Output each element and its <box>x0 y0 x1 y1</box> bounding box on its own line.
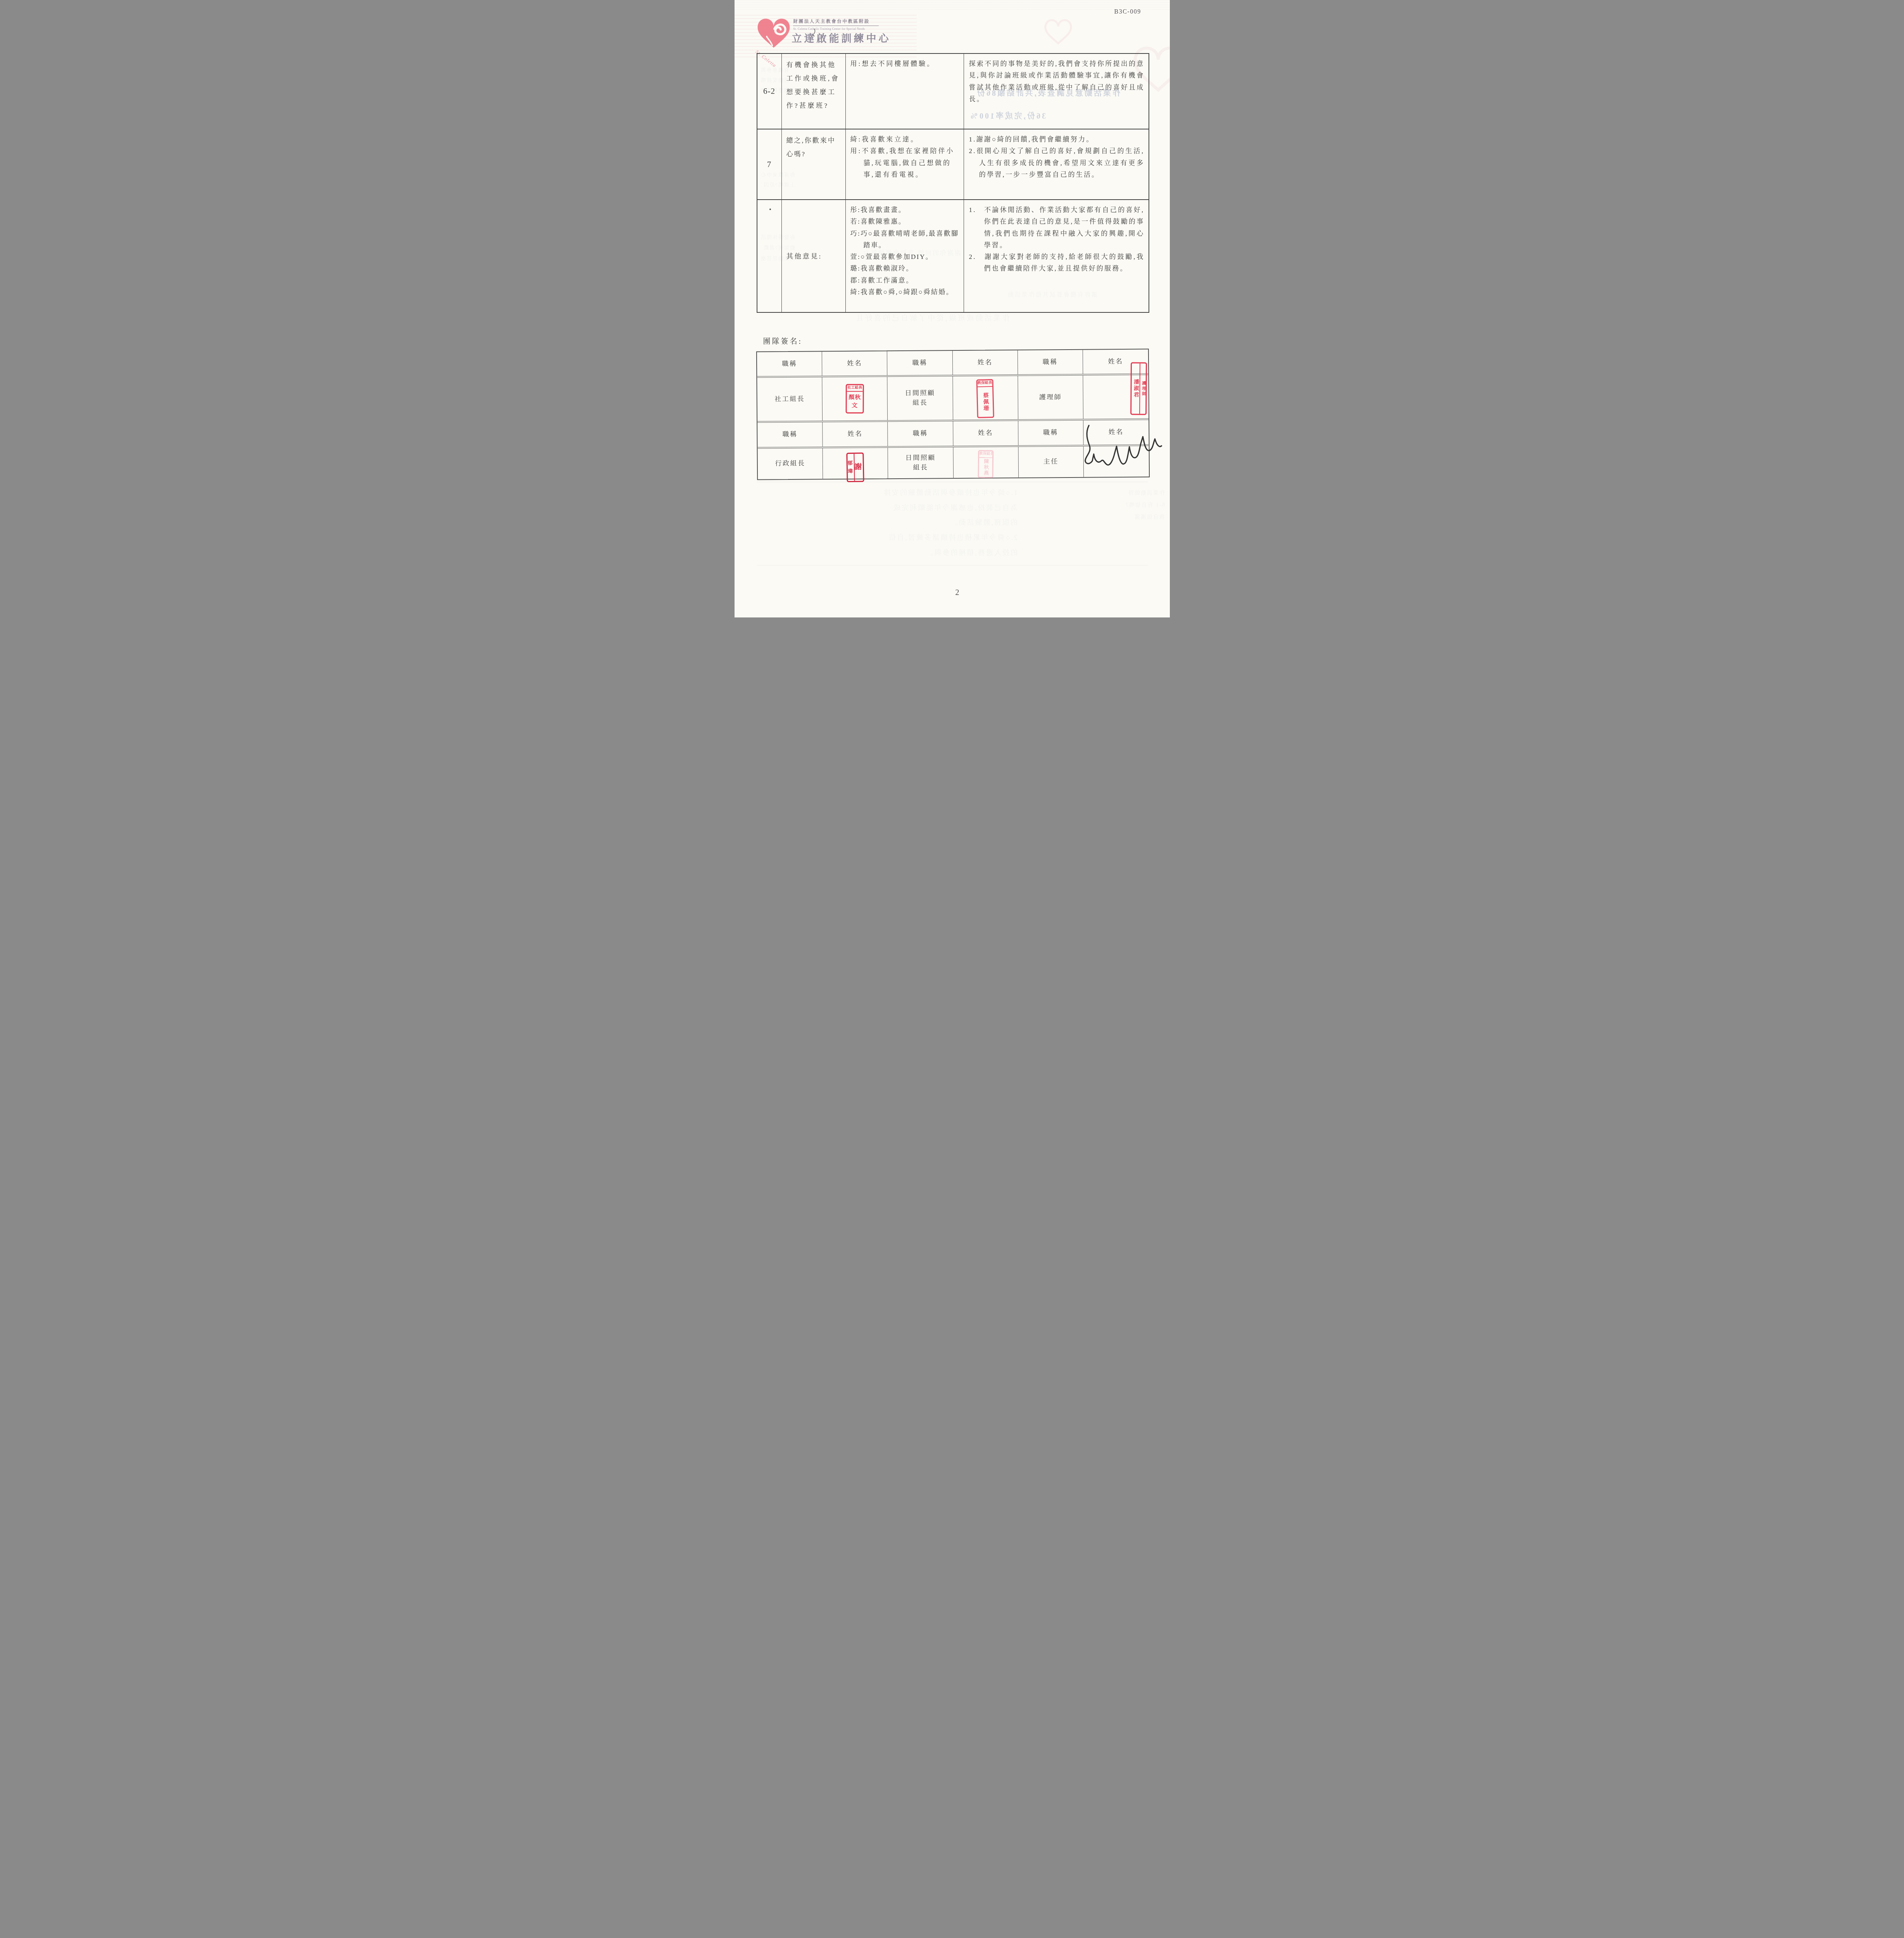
response-line: 綺:我喜歡來立達。 <box>850 134 961 145</box>
column-header: 職稱 <box>887 351 953 375</box>
question-cell: 有機會換其他工作或換班,會想要換甚麼工作?甚麼班? <box>782 54 846 129</box>
feedback-item: 2.很開心用文了解自己的喜好,會規劃自己的生活,人生有很多成長的機會,希望用文來… <box>969 145 1145 181</box>
signature-table: 職稱 姓名 職稱 姓名 職稱 姓名 社工組長 社工組長 顏秋文 日間照顧 組長 <box>756 348 1149 480</box>
response-line: 綺:我喜歡○舜,○綺跟○舜結婚。 <box>850 286 961 298</box>
signature-header-row: 職稱 姓名 職稱 姓名 職稱 姓名 <box>757 349 1148 378</box>
name-stamp: 潘淑君 護理師 <box>1130 362 1147 415</box>
pen-mark <box>812 28 816 37</box>
job-title-cell: 日間照顧 組長 <box>888 447 953 478</box>
stamp-role: 教保組長 <box>979 451 992 458</box>
stamp-name-char: 郁 <box>847 459 854 467</box>
stamp-surname: 謝 <box>853 453 863 481</box>
column-header: 職稱 <box>1018 350 1083 374</box>
feedback-cell: 1.謝謝○綺的回饋,我們會繼續努力。 2.很開心用文了解自己的喜好,會規劃自己的… <box>964 129 1149 199</box>
response-cell: 用:想去不同樓層體驗。 <box>846 54 964 129</box>
column-header: 職稱 <box>757 422 823 447</box>
bleedthrough-line <box>757 565 1148 566</box>
document-code: B3C-009 <box>1114 9 1141 16</box>
name-stamp: 教保組長 蔡佩珊 <box>976 379 994 418</box>
job-title-cell: 主任 <box>1018 447 1084 478</box>
stamp-name: 顏秋文 <box>847 392 862 412</box>
name-stamp-cell: 社工組長 顏秋文 <box>822 377 888 421</box>
response-line: 若:喜歡陳雅惠。 <box>850 216 961 228</box>
stamp-role: 教保組長 <box>977 380 992 387</box>
column-header: 姓名 <box>952 350 1018 375</box>
feedback-item: 1. 不論休閒活動、作業活動大家都有自己的喜好,你們在此表達自己的意見,是一件值… <box>969 204 1145 251</box>
job-title-cell: 護理師 <box>1018 376 1083 419</box>
name-stamp-cell: 潘淑君 護理師 <box>1083 375 1149 419</box>
scanned-document-page: B3C-009 St. Coletta 財團法人天主教會台中教區附設 St. C… <box>735 0 1170 617</box>
row-number-cell: 7 <box>757 129 782 199</box>
table-row: 7 總之,你歡來中心嗎? 綺:我喜歡來立達。 用:不喜歡,我想在家裡陪伴小貓,玩… <box>757 129 1149 200</box>
response-line: 萱:○萱最喜歡參加DIY。 <box>850 251 961 263</box>
response-cell: 彤:我喜歡畫畫。 若:喜歡陳雅惠。 巧:巧○最喜歡晴晴老師,最喜歡腳踏車。 萱:… <box>846 200 964 312</box>
name-stamp-cell: 教保組長 陳秋燕 <box>953 447 1019 478</box>
question-cell: 總之,你歡來中心嗎? <box>782 129 846 199</box>
stamp-name: 潘淑君 <box>1131 364 1140 414</box>
signature-section-heading: 團隊簽名: <box>763 336 802 346</box>
job-title-line: 日間照顧 <box>905 453 935 463</box>
question-cell: 其他意見: <box>782 200 846 312</box>
job-title-line: 組長 <box>905 398 935 408</box>
signature-row: 社工組長 社工組長 顏秋文 日間照顧 組長 教保組長 蔡佩珊 護理師 <box>757 375 1149 422</box>
column-header: 姓名 <box>953 421 1018 446</box>
response-line: 巧:巧○最喜歡晴晴老師,最喜歡腳踏車。 <box>850 228 961 252</box>
job-title-cell: 日間照顧 組長 <box>887 376 953 420</box>
name-stamp: 郁 瑋 謝 <box>846 452 864 482</box>
column-header: 職稱 <box>757 352 822 376</box>
faint-name-stamp: 教保組長 陳秋燕 <box>978 450 993 478</box>
feedback-cell: 1. 不論休閒活動、作業活動大家都有自己的喜好,你們在此表達自己的意見,是一件值… <box>964 200 1149 312</box>
stamp-role: 社工組長 <box>847 385 863 392</box>
feedback-table: 6-2 有機會換其他工作或換班,會想要換甚麼工作?甚麼班? 用:想去不同樓層體驗… <box>757 53 1149 313</box>
column-header: 職稱 <box>1018 421 1083 445</box>
response-cell: 綺:我喜歡來立達。 用:不喜歡,我想在家裡陪伴小貓,玩電腦,做自己想做的事,還有… <box>846 129 964 199</box>
response-line: 用:不喜歡,我想在家裡陪伴小貓,玩電腦,做自己想做的事,還有看電視。 <box>850 145 961 181</box>
response-line: 彤:我喜歡畫畫。 <box>850 204 961 216</box>
org-name: 財團法人天主教會台中教區附設 <box>793 18 870 24</box>
signature-row: 行政組長 郁 瑋 謝 日間照顧 組長 教保組長 <box>757 446 1149 479</box>
bleedthrough-text: 36份,完成率100% <box>969 110 1046 124</box>
job-title-cell: 社工組長 <box>757 377 823 421</box>
name-stamp-cell: 郁 瑋 謝 <box>823 448 888 479</box>
dot-mark <box>769 209 771 210</box>
column-header: 姓名 <box>823 422 888 447</box>
row-number-cell <box>757 200 782 312</box>
stamp-role: 護理師 <box>1139 364 1147 414</box>
scan-noise-top <box>735 0 1170 10</box>
handwritten-signature-cell <box>1083 446 1149 477</box>
bleedthrough-line <box>757 482 1148 482</box>
column-header: 職稱 <box>888 421 953 446</box>
name-stamp-cell: 教保組長 蔡佩珊 <box>952 376 1018 420</box>
stamp-name-char: 瑋 <box>847 467 854 476</box>
job-title-line: 日間照顧 <box>905 389 935 398</box>
center-name: 立達啟能訓練中心 <box>792 31 891 45</box>
feedback-cell: 探索不同的事物是美好的,我們會支持你所提出的意見,與你討論班級或作業活動體驗事宜… <box>964 54 1149 129</box>
response-line: 用:想去不同樓層體驗。 <box>850 58 961 70</box>
heart-logo-icon <box>756 16 791 52</box>
stamp-name: 蔡佩珊 <box>978 387 993 417</box>
org-name-english: St. Coletta Catholic Training Center for… <box>793 27 865 31</box>
feedback-item: 1.謝謝○綺的回饋,我們會繼續努力。 <box>969 134 1145 145</box>
name-stamp: 社工組長 顏秋文 <box>845 384 864 414</box>
ghost-heart-icon <box>1043 18 1073 46</box>
page-number: 2 <box>735 588 1170 597</box>
response-line: 璐:我喜歡賴淑玲。 <box>850 263 961 274</box>
response-line: 郡:喜歡工作滿意。 <box>850 275 961 286</box>
director-signature <box>1078 422 1162 478</box>
table-row: 6-2 有機會換其他工作或換班,會想要換甚麼工作?甚麼班? 用:想去不同樓層體驗… <box>757 54 1149 129</box>
job-title-line: 組長 <box>905 463 935 472</box>
org-underline <box>793 26 879 26</box>
bleedthrough-text: 1.○綺今年也持續參與活動體驗的安排 為自己裝扮,也感謝今年能順利完成 的服務,… <box>762 485 1018 560</box>
stamp-name: 陳秋燕 <box>979 458 992 477</box>
feedback-item: 2. 謝謝大家對老師的支持,給老師很大的鼓勵,我們也會繼續陪伴大家,並且提供好的… <box>969 251 1145 275</box>
column-header: 姓名 <box>822 351 888 376</box>
table-row: 其他意見: 彤:我喜歡畫畫。 若:喜歡陳雅惠。 巧:巧○最喜歡晴晴老師,最喜歡腳… <box>757 200 1149 312</box>
bleedthrough-text: 作業活動或班級,從中了解自己的喜好且 <box>855 312 1010 323</box>
bleedthrough-text: 作業活動做得 6-1 有自信嗎? 我自信滿滿 <box>1107 488 1165 523</box>
bleedthrough-text: 讓你有機會嘗試其他作業活動 <box>1007 290 1097 300</box>
row-number-cell: 6-2 <box>757 54 782 129</box>
job-title-cell: 行政組長 <box>757 448 823 479</box>
feedback-text: 探索不同的事物是美好的,我們會支持你所提出的意見,與你討論班級或作業活動體驗事宜… <box>969 60 1145 103</box>
